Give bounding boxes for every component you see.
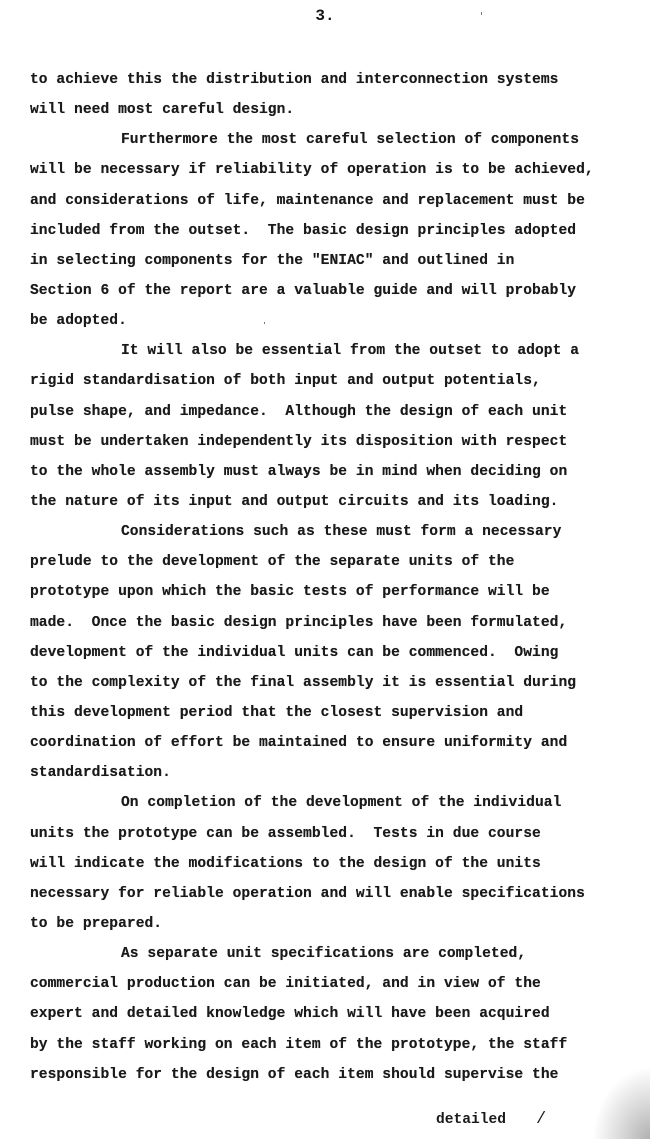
text-line: necessary for reliable operation and wil… [30, 883, 630, 913]
text-line: coordination of effort be maintained to … [30, 732, 630, 762]
text-line: It will also be essential from the outse… [30, 340, 630, 370]
text-line: must be undertaken independently its dis… [30, 431, 630, 461]
text-line: this development period that the closest… [30, 702, 630, 732]
catchword: detailed [436, 1112, 506, 1128]
text-line: On completion of the development of the … [30, 792, 630, 822]
text-line: in selecting components for the "ENIAC" … [30, 250, 630, 280]
page-number: 3. [0, 7, 650, 25]
body-text: to achieve this the distribution and int… [30, 69, 630, 1094]
text-line: development of the individual units can … [30, 642, 630, 672]
text-line: be adopted. [30, 310, 630, 340]
scan-speck [481, 12, 482, 15]
text-line: will be necessary if reliability of oper… [30, 159, 630, 189]
text-line: prototype upon which the basic tests of … [30, 581, 630, 611]
text-line: to be prepared. [30, 913, 630, 943]
text-line: standardisation. [30, 762, 630, 792]
continuation-slash-mark: / [536, 1110, 546, 1129]
text-line: As separate unit specifications are comp… [30, 943, 630, 973]
text-line: Section 6 of the report are a valuable g… [30, 280, 630, 310]
scan-smudge-decoration [594, 1069, 650, 1139]
text-line: units the prototype can be assembled. Te… [30, 823, 630, 853]
text-line: to the whole assembly must always be in … [30, 461, 630, 491]
text-line: included from the outset. The basic desi… [30, 220, 630, 250]
text-line: to achieve this the distribution and int… [30, 69, 630, 99]
text-line: responsible for the design of each item … [30, 1064, 630, 1094]
text-line: pulse shape, and impedance. Although the… [30, 401, 630, 431]
text-line: commercial production can be initiated, … [30, 973, 630, 1003]
text-line: prelude to the development of the separa… [30, 551, 630, 581]
text-line: to the complexity of the final assembly … [30, 672, 630, 702]
text-line: will indicate the modifications to the d… [30, 853, 630, 883]
text-line: by the staff working on each item of the… [30, 1034, 630, 1064]
text-line: Considerations such as these must form a… [30, 521, 630, 551]
text-line: will need most careful design. [30, 99, 630, 129]
text-line: and considerations of life, maintenance … [30, 190, 630, 220]
text-line: the nature of its input and output circu… [30, 491, 630, 521]
text-line: made. Once the basic design principles h… [30, 612, 630, 642]
text-line: expert and detailed knowledge which will… [30, 1003, 630, 1033]
scan-speck [264, 322, 265, 324]
text-line: rigid standardisation of both input and … [30, 370, 630, 400]
text-line: Furthermore the most careful selection o… [30, 129, 630, 159]
typewritten-page: 3. to achieve this the distribution and … [0, 0, 650, 1139]
